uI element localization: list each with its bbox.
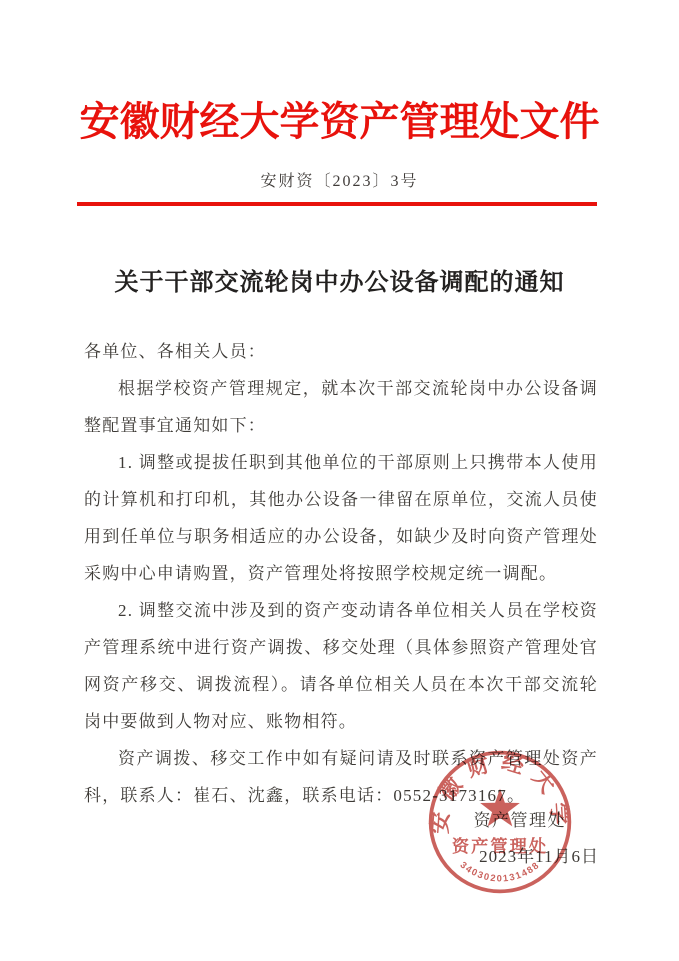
paragraph-intro: 根据学校资产管理规定，就本次干部交流轮岗中办公设备调整配置事宜通知如下：	[84, 370, 598, 444]
salutation: 各单位、各相关人员：	[84, 333, 598, 370]
seal-center-text: 资产管理处	[452, 836, 548, 856]
seal-serial-number: 3403020131488	[458, 860, 541, 884]
red-divider-line	[77, 202, 597, 206]
red-header-title: 安徽财经大学资产管理处文件	[0, 90, 679, 147]
official-seal-stamp: 安徽财经大学 资产管理处 3403020131488	[427, 749, 573, 895]
notice-title: 关于干部交流轮岗中办公设备调配的通知	[0, 262, 679, 297]
paragraph-item-2: 2. 调整交流中涉及到的资产变动请各单位相关人员在学校资产管理系统中进行资产调拨…	[84, 592, 598, 740]
notice-body: 各单位、各相关人员： 根据学校资产管理规定，就本次干部交流轮岗中办公设备调整配置…	[84, 333, 598, 814]
paragraph-item-1: 1. 调整或提拔任职到其他单位的干部原则上只携带本人使用的计算机和打印机，其他办…	[84, 444, 598, 592]
seal-star-icon	[480, 789, 520, 827]
document-number: 安财资〔2023〕3号	[0, 168, 679, 191]
document-page: 安徽财经大学资产管理处文件 安财资〔2023〕3号 关于干部交流轮岗中办公设备调…	[0, 0, 679, 961]
